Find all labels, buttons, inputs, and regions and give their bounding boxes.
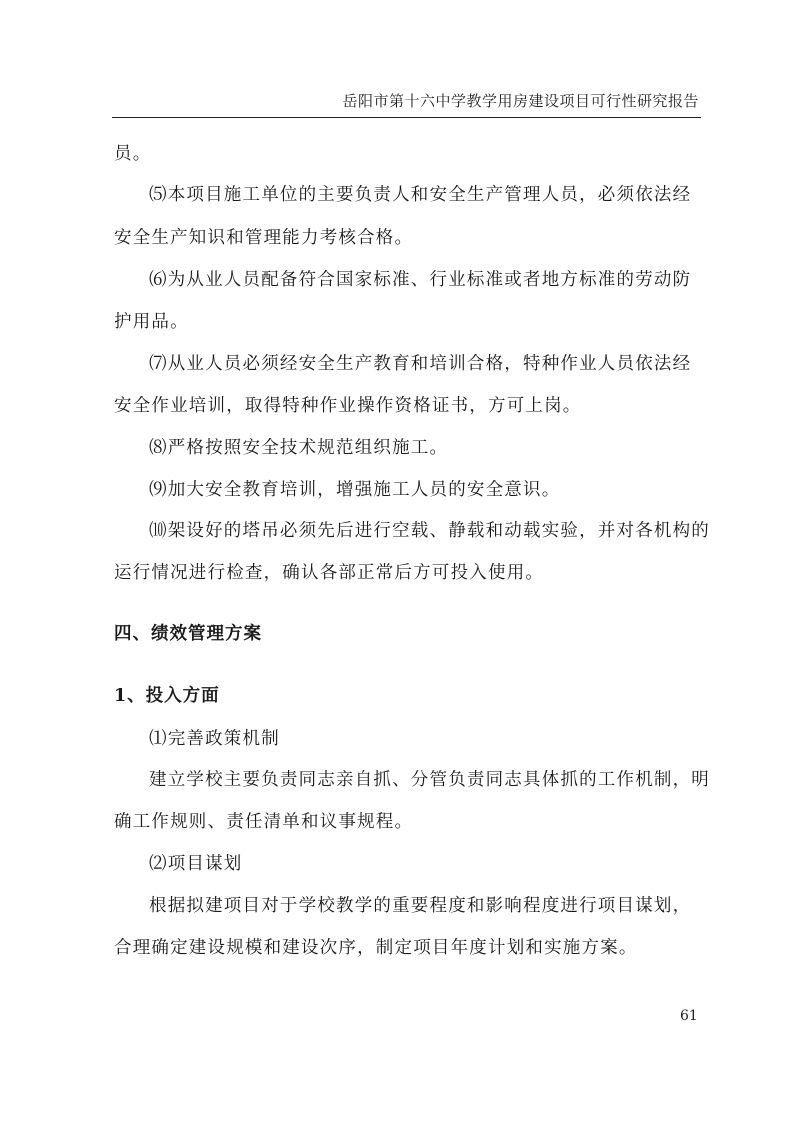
- text-line: 安全生产知识和管理能力考核合格。: [114, 226, 706, 250]
- text-line: 确工作规则、责任清单和议事规程。: [114, 810, 706, 834]
- text-line: ⑸本项目施工单位的主要负责人和安全生产管理人员，必须依法经: [149, 183, 741, 207]
- text-line: ⑽架设好的塔吊必须先后进行空载、静载和动载实验，并对各机构的: [149, 519, 741, 543]
- header-divider: [112, 117, 701, 118]
- text-line: ⑻严格按照安全技术规范组织施工。: [149, 436, 741, 460]
- text-line: 护用品。: [114, 310, 706, 334]
- text-line: 运行情况进行检查，确认各部正常后方可投入使用。: [114, 561, 706, 585]
- text-line: ⑵项目谋划: [149, 852, 741, 876]
- text-line: ⑹为从业人员配备符合国家标准、行业标准或者地方标准的劳动防: [149, 268, 741, 292]
- text-line: 安全作业培训，取得特种作业操作资格证书，方可上岗。: [114, 394, 706, 418]
- section-heading: 四、绩效管理方案: [114, 622, 706, 646]
- page-header-title: 岳阳市第十六中学教学用房建设项目可行性研究报告: [342, 90, 699, 111]
- text-line: 员。: [114, 142, 706, 166]
- text-line: ⑴完善政策机制: [149, 727, 741, 751]
- text-line: 根据拟建项目对于学校教学的重要程度和影响程度进行项目谋划，: [149, 894, 741, 918]
- page-number: 61: [680, 1008, 698, 1024]
- text-line: ⑺从业人员必须经安全生产教育和培训合格，特种作业人员依法经: [149, 352, 741, 376]
- text-line: 建立学校主要负责同志亲自抓、分管负责同志具体抓的工作机制，明: [149, 768, 741, 792]
- text-line: ⑼加大安全教育培训，增强施工人员的安全意识。: [149, 478, 741, 502]
- subsection-heading: 1、投入方面: [114, 684, 706, 708]
- text-line: 合理确定建设规模和建设次序，制定项目年度计划和实施方案。: [114, 936, 706, 960]
